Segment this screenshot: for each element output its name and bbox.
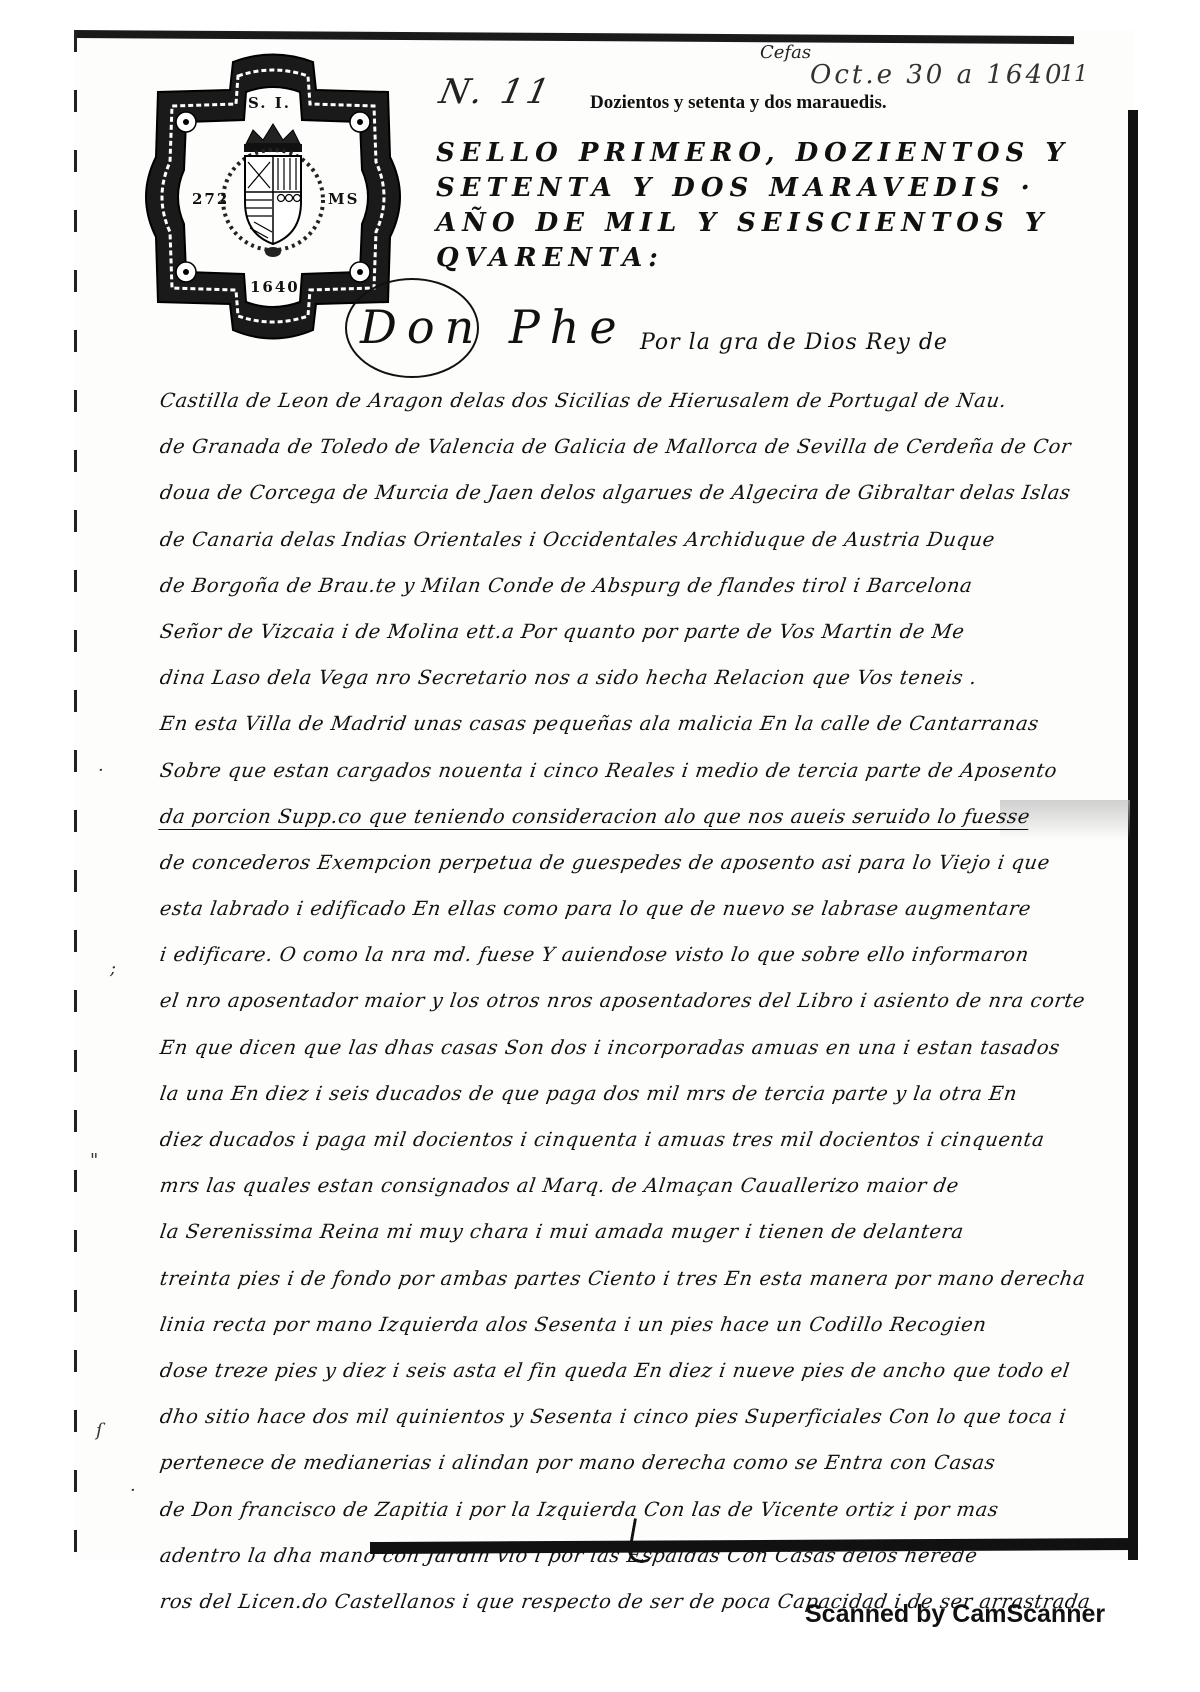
manuscript-line: dose treze pies y diez i seis asta el fi…: [157, 1348, 1093, 1394]
salutation-continuation: Por la gra de Dios Rey de: [640, 330, 948, 355]
seal-right-value: MS: [328, 190, 359, 208]
manuscript-line: dho sitio hace dos mil quinientos y Sese…: [157, 1394, 1093, 1440]
manuscript-line: da porcion Supp.co que teniendo consider…: [157, 794, 1093, 840]
scanner-watermark: Scanned by CamScanner: [805, 1600, 1105, 1629]
manuscript-line: En que dicen que las dhas casas Son dos …: [157, 1025, 1093, 1071]
manuscript-line: adentro la dha mano con Jardin vio i por…: [157, 1533, 1093, 1579]
manuscript-line: Castilla de Leon de Aragon delas dos Sic…: [157, 378, 1093, 424]
manuscript-body: Castilla de Leon de Aragon delas dos Sic…: [160, 378, 1090, 1625]
seal-title-line: SELLO PRIMERO, DOZIENTOS Y: [436, 136, 1056, 171]
seal-title: SELLO PRIMERO, DOZIENTOS Y SETENTA Y DOS…: [436, 136, 1056, 276]
manuscript-line: linia recta por mano Izquierda alos Sese…: [157, 1302, 1093, 1348]
manuscript-line: de Granada de Toledo de Valencia de Gali…: [157, 424, 1093, 470]
manuscript-line: diez ducados i paga mil docientos i cinq…: [157, 1117, 1093, 1163]
manuscript-line: de concederos Exempcion perpetua de gues…: [157, 840, 1093, 886]
manuscript-line: la Serenissima Reina mi muy chara i mui …: [157, 1209, 1093, 1255]
seal-price-line: Dozientos y setenta y dos marauedis.: [590, 92, 887, 114]
manuscript-line: de Borgoña de Brau.te y Milan Conde de A…: [157, 563, 1093, 609]
manuscript-line: mrs las quales estan consignados al Marq…: [157, 1163, 1093, 1209]
header-mark: 11: [1060, 62, 1088, 87]
seal-top-letters: S. I.: [248, 94, 291, 112]
seal-title-line: QVARENTA:: [436, 241, 1056, 276]
manuscript-line: pertenece de medianerias i alindan por m…: [157, 1440, 1093, 1486]
manuscript-line: de Don francisco de Zapitia i por la Izq…: [157, 1487, 1093, 1533]
seal-year: 1640: [250, 278, 300, 296]
manuscript-line: la una En diez i seis ducados de que pag…: [157, 1071, 1093, 1117]
manuscript-line: dina Laso dela Vega nro Secretario nos a…: [157, 655, 1093, 701]
manuscript-line: esta labrado i edificado En ellas como p…: [157, 886, 1093, 932]
manuscript-line: Sobre que estan cargados nouenta i cinco…: [157, 748, 1093, 794]
manuscript-line: i edificare. O como la nra md. fuese Y a…: [157, 932, 1093, 978]
seal-title-line: AÑO DE MIL Y SEISCIENTOS Y: [436, 206, 1056, 241]
margin-mark: ſ: [96, 1420, 103, 1441]
manuscript-line: el nro aposentador maior y los otros nro…: [157, 978, 1093, 1024]
manuscript-line: Señor de Vizcaia i de Molina ett.a Por q…: [157, 609, 1093, 655]
seal-title-line: SETENTA Y DOS MARAVEDIS ·: [436, 171, 1056, 206]
salutation: Don Phe: [360, 300, 627, 354]
manuscript-line: treinta pies i de fondo por ambas partes…: [157, 1256, 1093, 1302]
header-note: Cefas: [760, 42, 811, 63]
margin-mark: ·: [98, 760, 104, 781]
page-edge-left: [74, 30, 77, 1560]
manuscript-line: doua de Corcega de Murcia de Jaen delos …: [157, 470, 1093, 516]
margin-mark: ;: [110, 958, 116, 979]
margin-mark: ·: [130, 1480, 136, 1501]
header-date: Oct.e 30 a 1640: [810, 60, 1065, 90]
manuscript-line: de Canaria delas Indias Orientales i Occ…: [157, 517, 1093, 563]
folio-number: N. 11: [436, 72, 557, 112]
manuscript-line: En esta Villa de Madrid unas casas peque…: [157, 701, 1093, 747]
seal-left-value: 272: [192, 190, 229, 208]
margin-mark: ": [90, 1150, 98, 1171]
